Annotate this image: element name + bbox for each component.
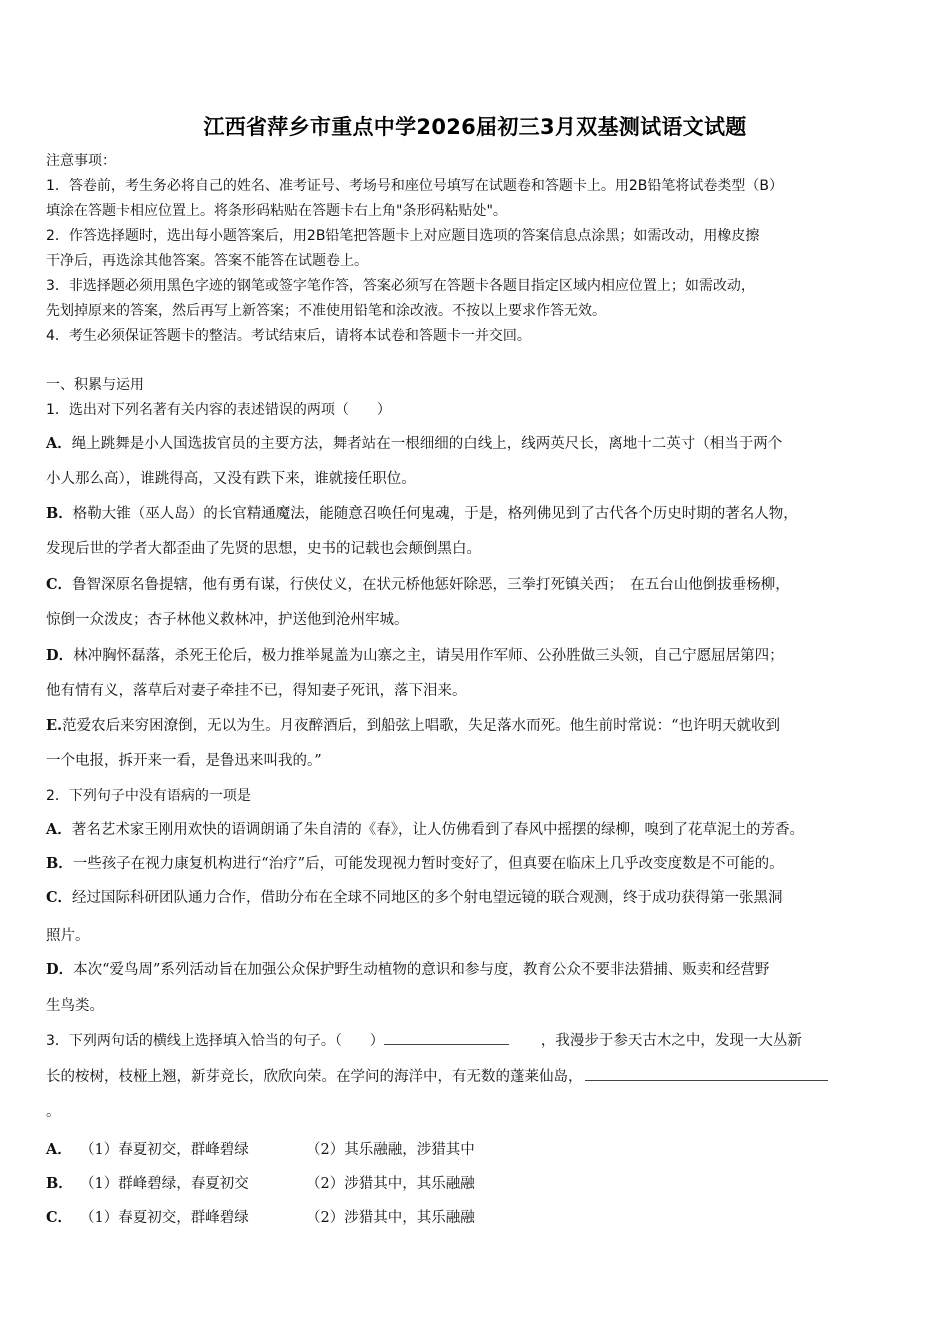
option-part-2: （2）其乐融融，涉猎其中 [306,1142,475,1158]
exam-title: 江西省萍乡市重点中学2026届初三3月双基测试语文试题 [0,111,950,141]
option-part-2: （2）涉猎其中，其乐融融 [306,1210,475,1226]
option-text: 林冲胸怀磊落，杀死王伦后，极力推举晁盖为山寨之主，请吴用作军师、公孙胜做三头领，… [73,648,784,664]
q2-option-d: D．本次“爱鸟周”系列活动旨在加强公众保护野生动植物的意识和参与度，教育公众不要… [46,960,769,980]
option-part-1: （1）春夏初交，群峰碧绿 [80,1138,306,1159]
question-3-stem: 3．下列两句话的横线上选择填入恰当的句子。（ ），我漫步于参天古木之中，发现一大… [46,1030,802,1051]
q2-option-c: C．经过国际科研团队通力合作，借助分布在全球不同地区的多个射电望远镜的联合观测，… [46,888,783,908]
option-label: C． [46,889,72,906]
notice-line: 4．考生必须保证答题卡的整洁。考试结束后，请将本试卷和答题卡一并交回。 [46,326,531,346]
q1-option-e: E.范爱农后来穷困潦倒，无以为生。月夜醉酒后，到船弦上唱歌，失足落水而死。他生前… [46,716,780,736]
q3-stem-part1: 3．下列两句话的横线上选择填入恰当的句子。（ ） [46,1033,384,1049]
q3-option-c: C．（1）春夏初交，群峰碧绿（2）涉猎其中，其乐融融 [46,1206,475,1227]
option-text: 本次“爱鸟周”系列活动旨在加强公众保护野生动植物的意识和参与度，教育公众不要非法… [73,962,769,978]
q3-option-a: A．（1）春夏初交，群峰碧绿（2）其乐融融，涉猎其中 [46,1138,475,1159]
option-part-1: （1）春夏初交，群峰碧绿 [80,1206,306,1227]
option-text: 著名艺术家王刚用欢快的语调朗诵了朱自清的《春》，让人仿佛看到了春风中摇摆的绿柳，… [72,822,804,838]
option-label: D． [46,961,73,978]
question-1-stem: 1．选出对下列名著有关内容的表述错误的两项（ ） [46,400,391,420]
q1-option-e-cont: 一个电报，拆开来一看，是鲁迅来叫我的。” [46,751,322,771]
option-text: 经过国际科研团队通力合作，借助分布在全球不同地区的多个射电望远镜的联合观测，终于… [72,890,783,906]
notice-line: 3．非选择题必须用黑色字迹的钢笔或签字笔作答，答案必须写在答题卡各题目指定区域内… [46,276,755,296]
option-label: D． [46,647,73,664]
option-label: A． [46,435,72,452]
option-label: B． [46,1172,80,1193]
option-label: C． [46,1206,80,1227]
option-text: 绳上跳舞是小人国选拔官员的主要方法，舞者站在一根细细的白线上，线两英尺长，离地十… [72,436,783,452]
option-text: 范爱农后来穷困潦倒，无以为生。月夜醉酒后，到船弦上唱歌，失足落水而死。他生前时常… [62,718,780,734]
option-part-2: （2）涉猎其中，其乐融融 [306,1176,475,1192]
notice-line: 干净后，再选涂其他答案。答案不能答在试题卷上。 [46,251,368,271]
notice-heading: 注意事项： [46,151,116,171]
q1-option-d-cont: 他有情有义，落草后对妻子牵挂不已，得知妻子死讯，落下泪来。 [46,681,467,701]
q1-option-b: B．格勒大锥（巫人岛）的长官精通魔法，能随意召唤任何鬼魂，于是，格列佛见到了古代… [46,504,798,524]
q3-line-3: 。 [46,1102,61,1122]
q1-option-d: D．林冲胸怀磊落，杀死王伦后，极力推举晁盖为山寨之主，请吴用作军师、公孙胜做三头… [46,646,784,666]
q3-line-2: 长的桉树，枝桠上翘，新芽竞长，欣欣向荣。在学问的海洋中，有无数的蓬莱仙岛， [46,1066,828,1087]
q1-option-c: C．鲁智深原名鲁提辖，他有勇有谋，行侠仗义，在状元桥他惩奸除恶，三拳打死镇关西；… [46,575,790,595]
q2-option-a: A．著名艺术家王刚用欢快的语调朗诵了朱自清的《春》，让人仿佛看到了春风中摇摆的绿… [46,820,804,840]
fill-blank-1[interactable] [384,1030,509,1045]
option-label: B． [46,505,73,522]
option-label: C． [46,576,72,593]
option-label: B． [46,855,73,872]
notice-line: 先划掉原来的答案，然后再写上新答案；不准使用铅笔和涂改液。不按以上要求作答无效。 [46,301,606,321]
q3-line2-text: 长的桉树，枝桠上翘，新芽竞长，欣欣向荣。在学问的海洋中，有无数的蓬莱仙岛， [46,1069,583,1085]
q2-option-d-cont: 生鸟类。 [46,996,104,1016]
option-text: 鲁智深原名鲁提辖，他有勇有谋，行侠仗义，在状元桥他惩奸除恶，三拳打死镇关西； 在… [72,577,790,593]
question-2-stem: 2．下列句子中没有语病的一项是 [46,786,251,806]
notice-line: 填涂在答题卡相应位置上。将条形码粘贴在答题卡右上角"条形码粘贴处"。 [46,201,507,221]
notice-line: 2．作答选择题时，选出每小题答案后，用2B铅笔把答题卡上对应题目选项的答案信息点… [46,226,759,246]
q3-option-b: B．（1）群峰碧绿，春夏初交（2）涉猎其中，其乐融融 [46,1172,475,1193]
q1-option-b-cont: 发现后世的学者大都歪曲了先贤的思想，史书的记载也会颠倒黑白。 [46,539,481,559]
option-label: A． [46,821,72,838]
q1-option-a: A．绳上跳舞是小人国选拔官员的主要方法，舞者站在一根细细的白线上，线两英尺长，离… [46,434,782,454]
q2-option-b: B．一些孩子在视力康复机构进行“治疗”后，可能发现视力暂时变好了，但真要在临床上… [46,854,784,874]
option-label: A． [46,1138,80,1159]
q2-option-c-cont: 照片。 [46,926,90,946]
section-heading: 一、积累与运用 [46,375,144,395]
option-part-1: （1）群峰碧绿，春夏初交 [80,1172,306,1193]
q1-option-a-cont: 小人那么高），谁跳得高，又没有跌下来，谁就接任职位。 [46,469,416,489]
fill-blank-2[interactable] [585,1066,828,1081]
q3-stem-part2: ，我漫步于参天古木之中，发现一大丛新 [541,1033,802,1049]
option-label: E. [46,717,62,734]
notice-line: 1．答卷前，考生务必将自己的姓名、准考证号、考场号和座位号填写在试题卷和答题卡上… [46,176,783,196]
q1-option-c-cont: 惊倒一众泼皮；杏子林他义救林冲，护送他到沧州牢城。 [46,610,409,630]
option-text: 格勒大锥（巫人岛）的长官精通魔法，能随意召唤任何鬼魂，于是，格列佛见到了古代各个… [73,506,798,522]
option-text: 一些孩子在视力康复机构进行“治疗”后，可能发现视力暂时变好了，但真要在临床上几乎… [73,856,784,872]
